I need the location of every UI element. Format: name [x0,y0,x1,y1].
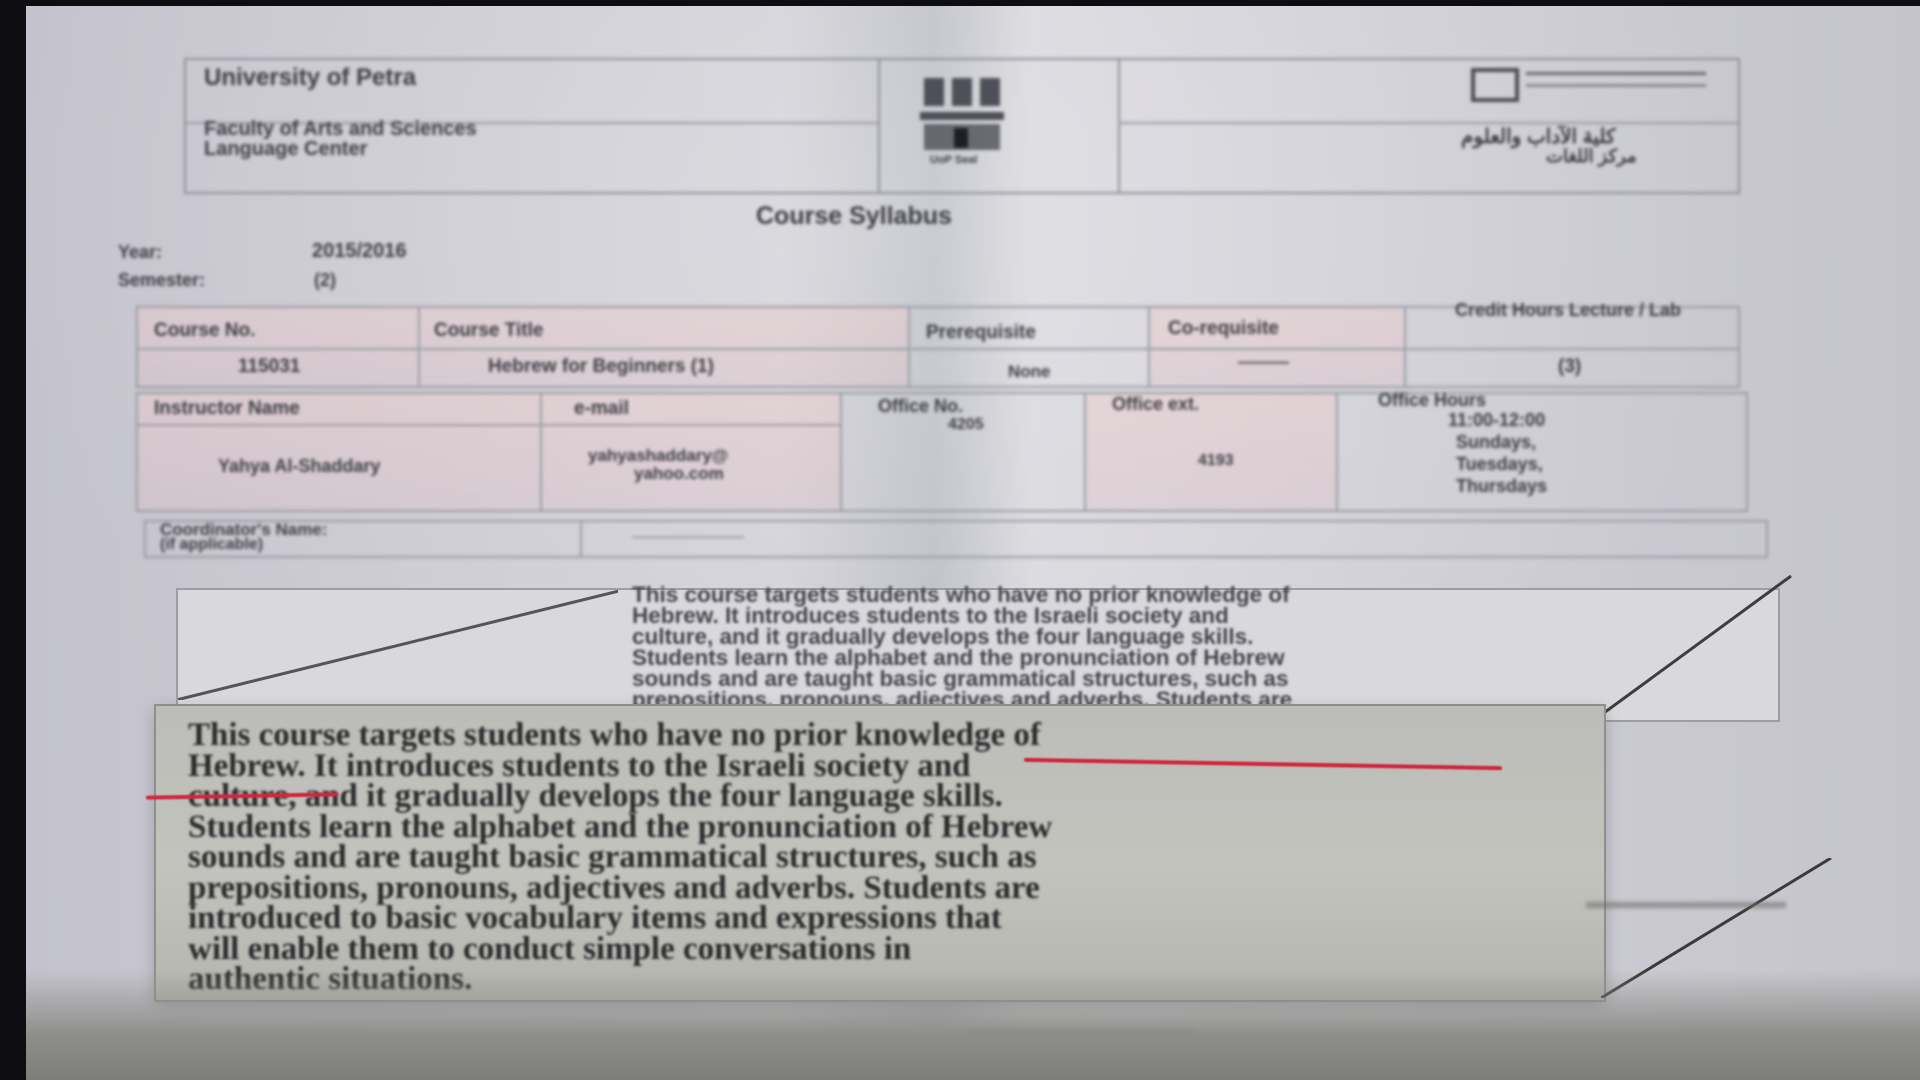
header-office-ext: Office ext. [1112,394,1199,415]
diagonal-line-icon [1566,566,1806,726]
semester-label: Semester: [118,270,205,291]
course-title-value: Hebrew for Beginners (1) [488,356,714,378]
page-footer [966,1030,1196,1040]
faculty-logo-icon [1471,68,1519,102]
university-name: University of Petra [204,64,416,92]
office-ext-value: 4193 [1198,452,1234,470]
page-title: Course Syllabus [756,202,952,231]
course-description-magnified: This course targets students who have no… [188,720,1608,995]
coordinator-label-sub: (if applicable) [160,536,263,554]
header-instructor-name: Instructor Name [154,398,300,420]
course-info-table: Course No. Course Title Prerequisite Co-… [136,306,1740,388]
syllabus-header: University of Petra Faculty of Arts and … [184,58,1740,194]
header-course-title: Course Title [434,320,543,342]
year-label: Year: [118,242,162,263]
header-prerequisite: Prerequisite [926,322,1036,344]
office-hours-day-2: Tuesdays, [1456,454,1543,475]
coordinator-value: ———————— [632,528,744,544]
email-value-line1: yahyashaddary@ [588,446,728,466]
header-course-no: Course No. [154,320,255,342]
diagonal-line-icon [178,590,618,700]
header-office-hours: Office Hours [1378,390,1486,411]
prerequisite-value: None [1008,362,1051,382]
diagonal-line-icon [1601,858,1841,998]
instructor-name-value: Yahya Al-Shaddary [218,456,380,477]
year-value: 2015/2016 [312,240,407,263]
corequisite-value: ——— [1238,352,1289,372]
arabic-department: مركز اللغات [1546,146,1637,167]
office-hours-day-3: Thursdays [1456,476,1547,497]
office-no-value: 4205 [948,416,984,434]
header-corequisite: Co-requisite [1168,318,1279,340]
department-name: Language Center [204,138,367,161]
instructor-info-table: Instructor Name e-mail Office No. Office… [136,392,1748,512]
seal-caption: UoP Seal [930,154,978,166]
semester-value: (2) [314,270,336,291]
email-value-line2: yahoo.com [634,464,724,484]
magnified-description-callout: This course targets students who have no… [156,706,1604,1000]
header-office-no: Office No. [878,396,963,417]
course-no-value: 115031 [238,356,300,378]
office-hours-day-1: Sundays, [1456,432,1536,453]
coordinator-row: Coordinator's Name: (if applicable) ————… [144,520,1768,558]
credit-hours-value: (3) [1558,356,1581,378]
university-seal-icon: UoP Seal [916,78,1008,168]
header-email: e-mail [574,398,629,420]
office-hours-time: 11:00-12:00 [1448,410,1545,431]
document-photo: University of Petra Faculty of Arts and … [26,6,1920,1080]
header-credit-hours: Credit Hours Lecture / Lab [1418,300,1718,320]
